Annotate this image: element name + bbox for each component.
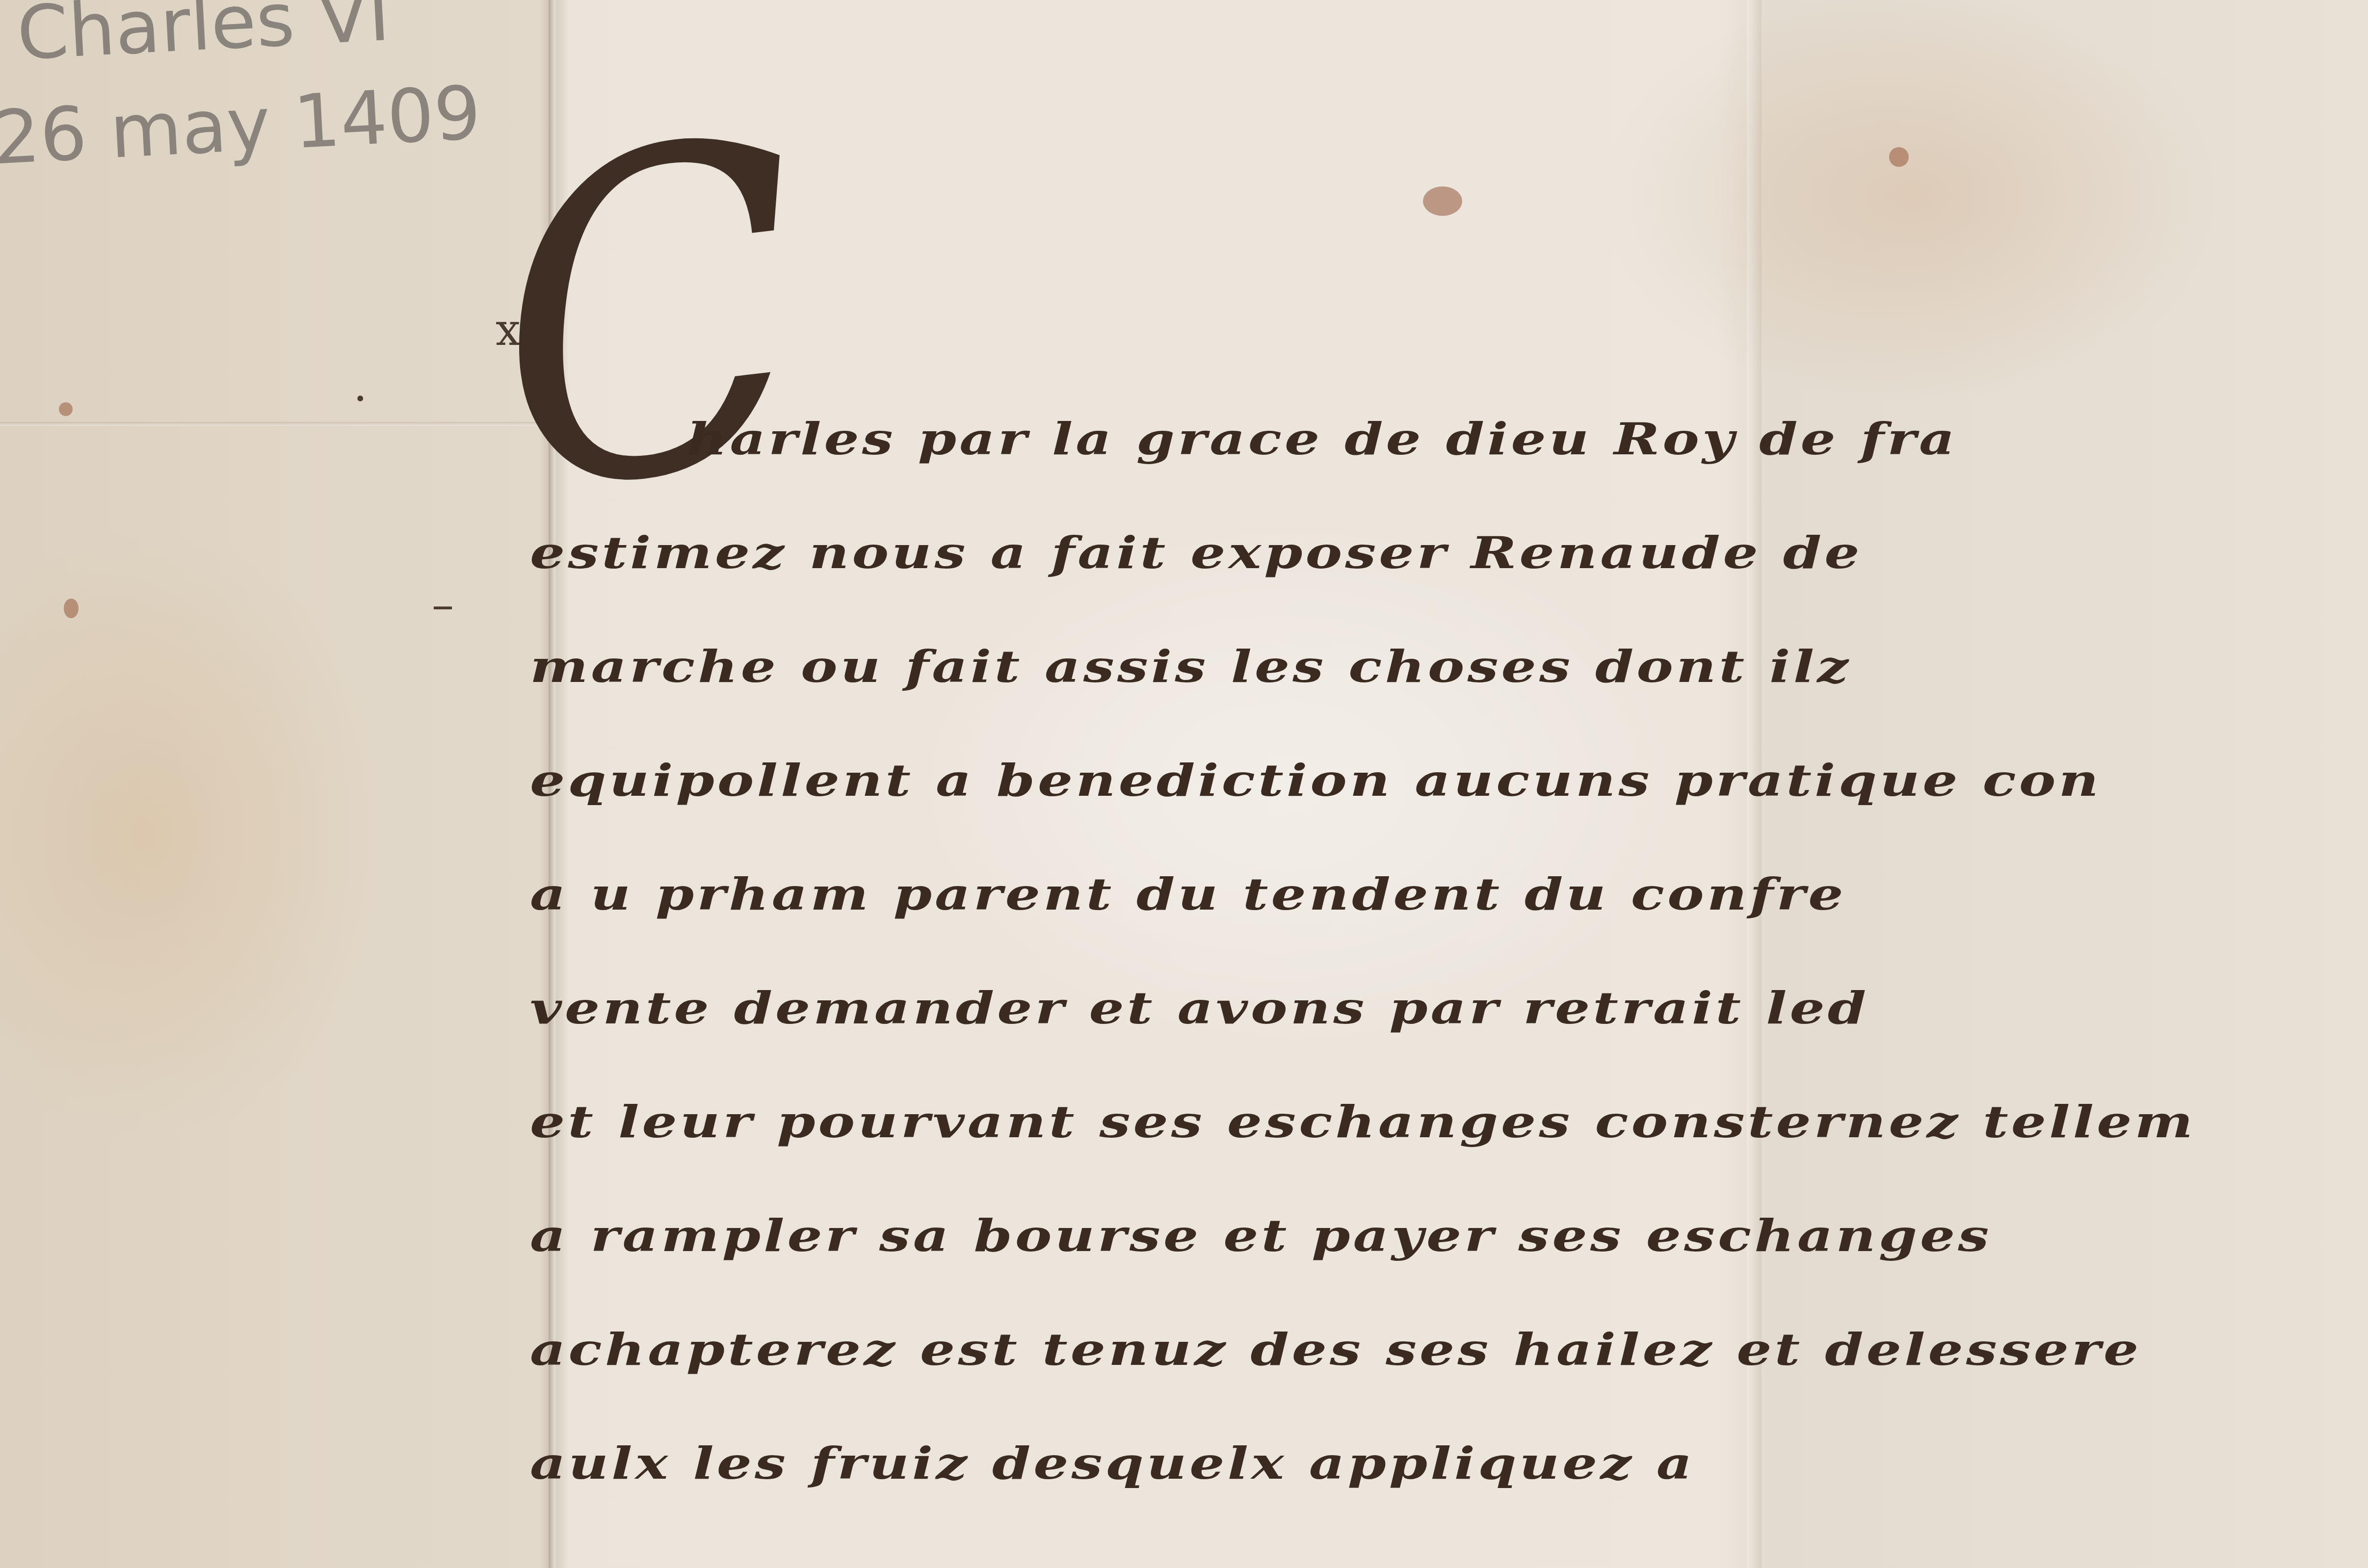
text-line: achapterez est tenuz des ses hailez et d… xyxy=(530,1324,2368,1415)
text-line: a u prham parent du tendent du confre xyxy=(530,869,2368,960)
pencil-annotation: Charles VI 26 may 1409 xyxy=(15,0,483,188)
stain-spot xyxy=(1423,186,1462,216)
text-line: et leur pourvant ses eschanges consterne… xyxy=(530,1097,2368,1188)
text-line: harles par la grace de dieu Roy de fra xyxy=(530,414,2368,505)
horizontal-fold-line xyxy=(0,422,550,426)
text-line: vente demander et avons par retrait led xyxy=(530,983,2368,1074)
margin-dash-mark: – xyxy=(432,579,454,630)
stain-spot xyxy=(64,599,79,618)
text-line: equipollent a benediction aucuns pratiqu… xyxy=(530,755,2368,846)
manuscript-text: harles par la grace de dieu Roy de fra e… xyxy=(530,402,2368,1541)
stain-spot xyxy=(59,402,73,416)
text-line: estimez nous a fait exposer Renaude de xyxy=(530,527,2368,619)
stain-spot xyxy=(1889,147,1909,167)
text-line: marche ou fait assis les choses dont ilz xyxy=(530,641,2368,732)
text-line: a rampler sa bourse et payer ses eschang… xyxy=(530,1210,2368,1302)
margin-dot-mark: · xyxy=(353,373,368,424)
text-line: aulx les fruiz desquelx appliquez a xyxy=(530,1438,2368,1529)
